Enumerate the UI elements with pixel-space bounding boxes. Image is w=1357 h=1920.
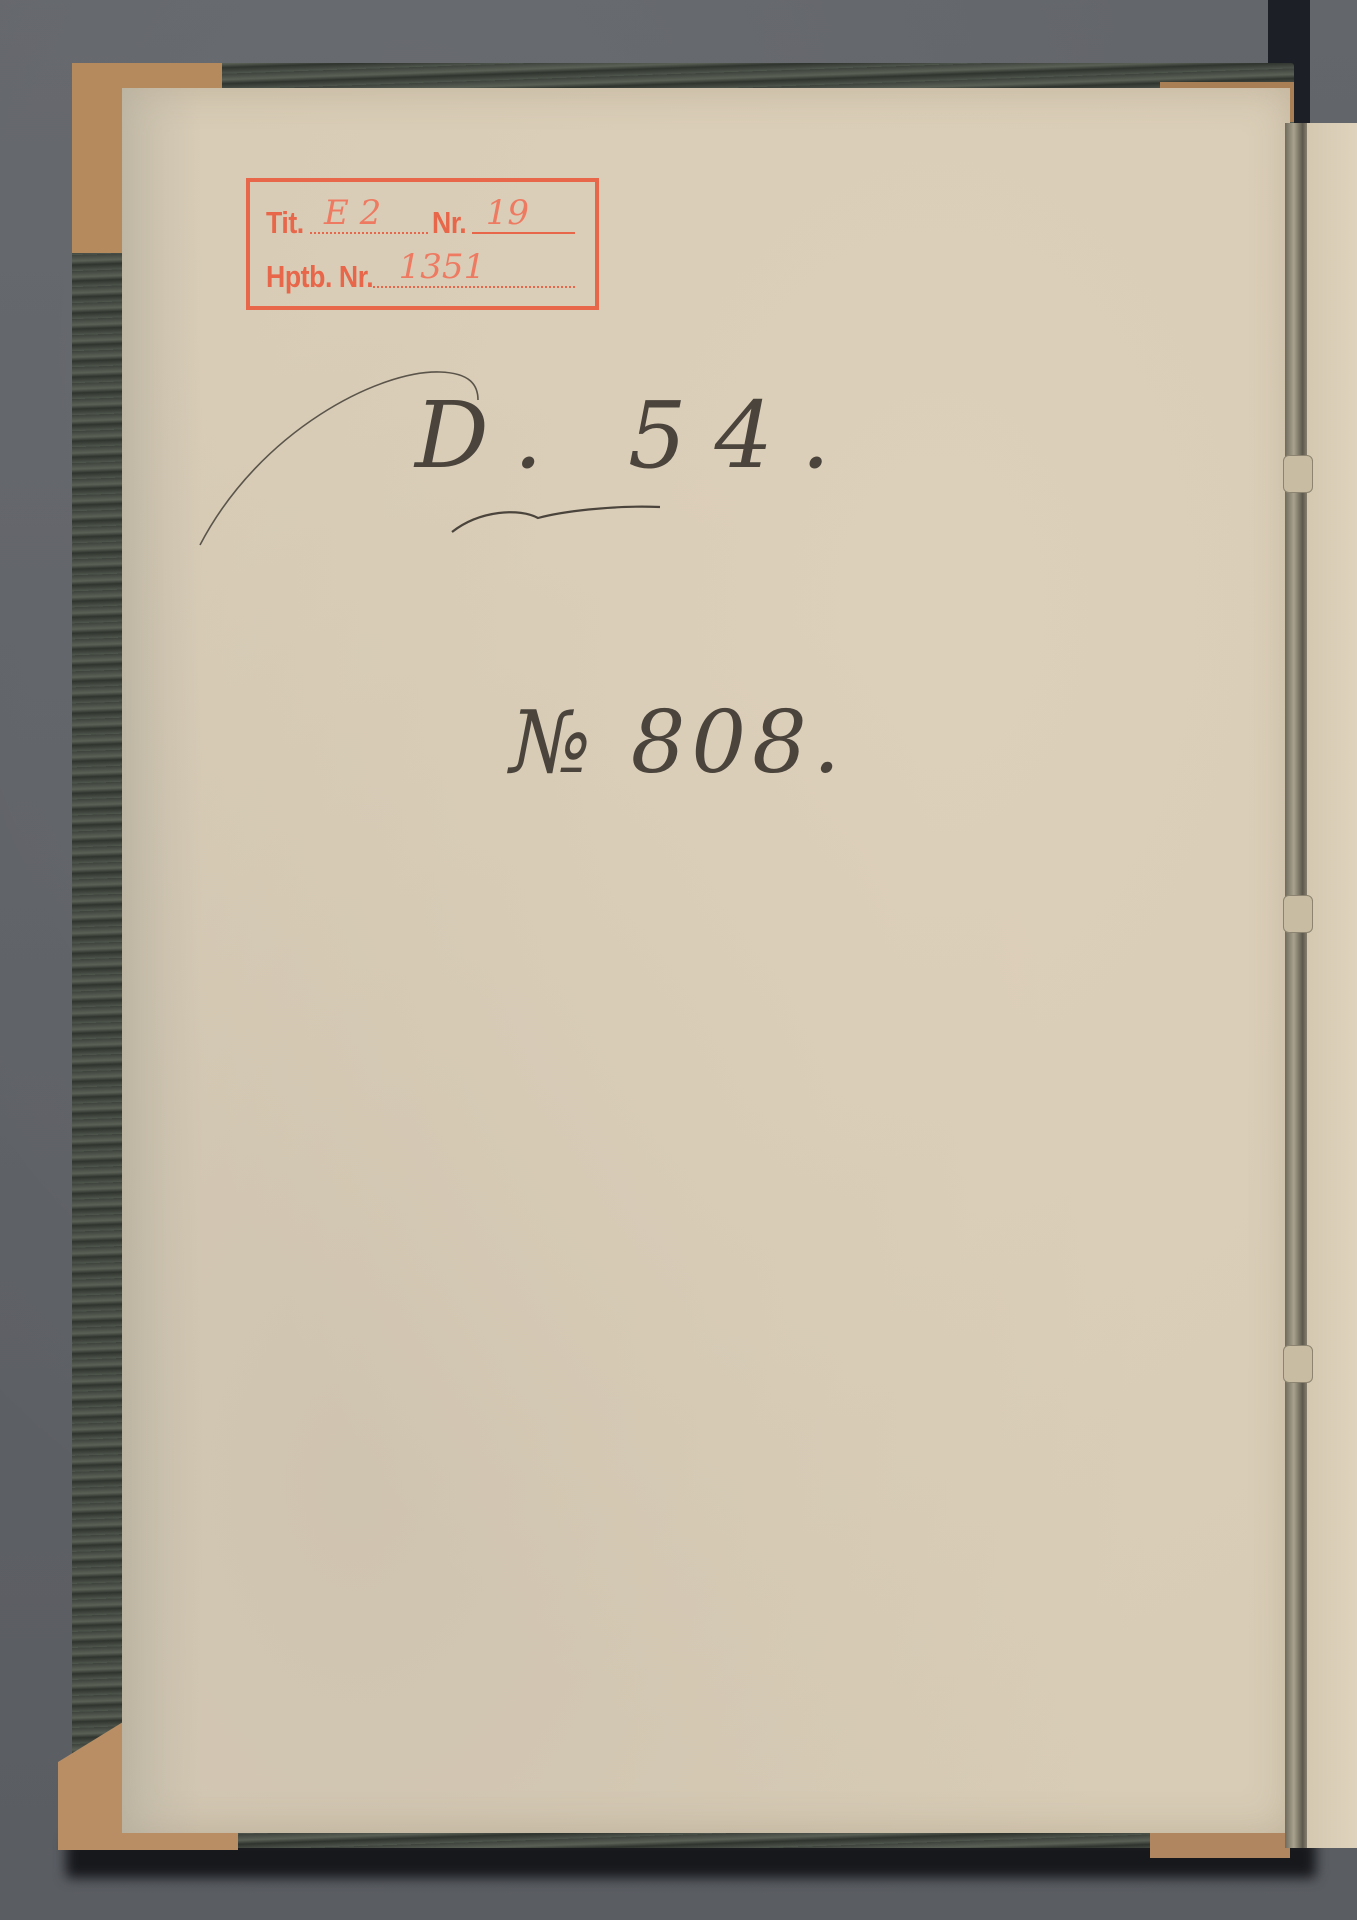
binding-stitch [1283, 1345, 1313, 1383]
stamp-field-nr: 19 [472, 192, 575, 234]
stamp-row-title: Tit. E 2 Nr. 19 [266, 190, 579, 238]
stamp-field-tit: E 2 [310, 192, 428, 234]
handwritten-number: № 808. [510, 700, 846, 786]
facing-page-edge [1307, 123, 1357, 1848]
stamp-value-tit: E 2 [324, 196, 381, 230]
stamp-label-nr: Nr. [432, 207, 466, 238]
stamp-field-hptb: 1351 [373, 246, 575, 288]
stamp-row-hauptbuch: Hptb. Nr. 1351 [266, 244, 579, 292]
binding-gutter [1285, 123, 1307, 1848]
paper-edge-shade [122, 88, 202, 1833]
archive-stamp: Tit. E 2 Nr. 19 Hptb. Nr. 1351 [246, 178, 599, 310]
handwritten-shelfmark: D. 54. [415, 390, 858, 482]
stamp-value-nr: 19 [486, 196, 529, 230]
stamp-value-hptb: 1351 [399, 250, 486, 284]
stamp-label-hptb: Hptb. Nr. [266, 261, 373, 292]
stamp-label-tit: Tit. [266, 207, 304, 238]
binding-stitch [1283, 895, 1313, 933]
leather-corner-bottom-right [1150, 1832, 1290, 1858]
binding-stitch [1283, 455, 1313, 493]
pastedown-paper [122, 88, 1290, 1833]
